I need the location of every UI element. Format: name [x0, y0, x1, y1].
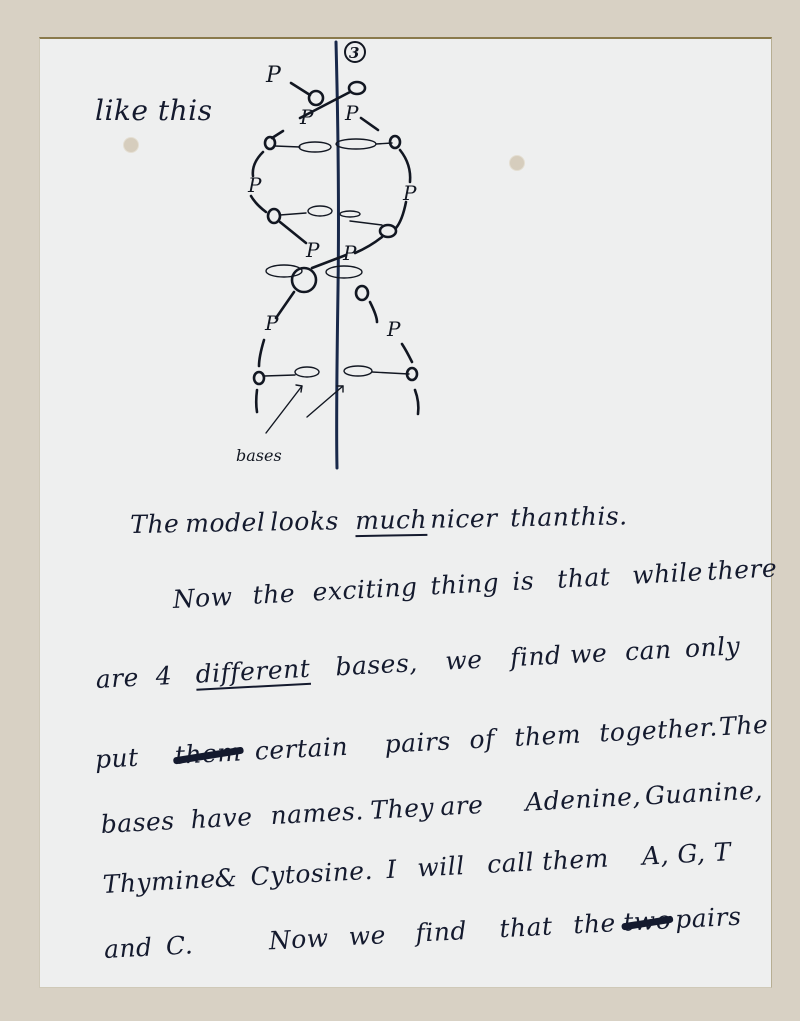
underlined-word: much [355, 505, 427, 535]
letter-line-7: and C. Now we find that the two pairs [103, 933, 152, 964]
underlined-word: different [195, 654, 311, 689]
intro-line: like this [95, 94, 212, 127]
punch-hole-left [123, 137, 139, 153]
struck-word: two [623, 905, 672, 936]
punch-hole-right [509, 155, 525, 171]
letter-line-4: put them certain pairs of them together.… [94, 742, 162, 774]
struck-word: them [174, 737, 242, 769]
